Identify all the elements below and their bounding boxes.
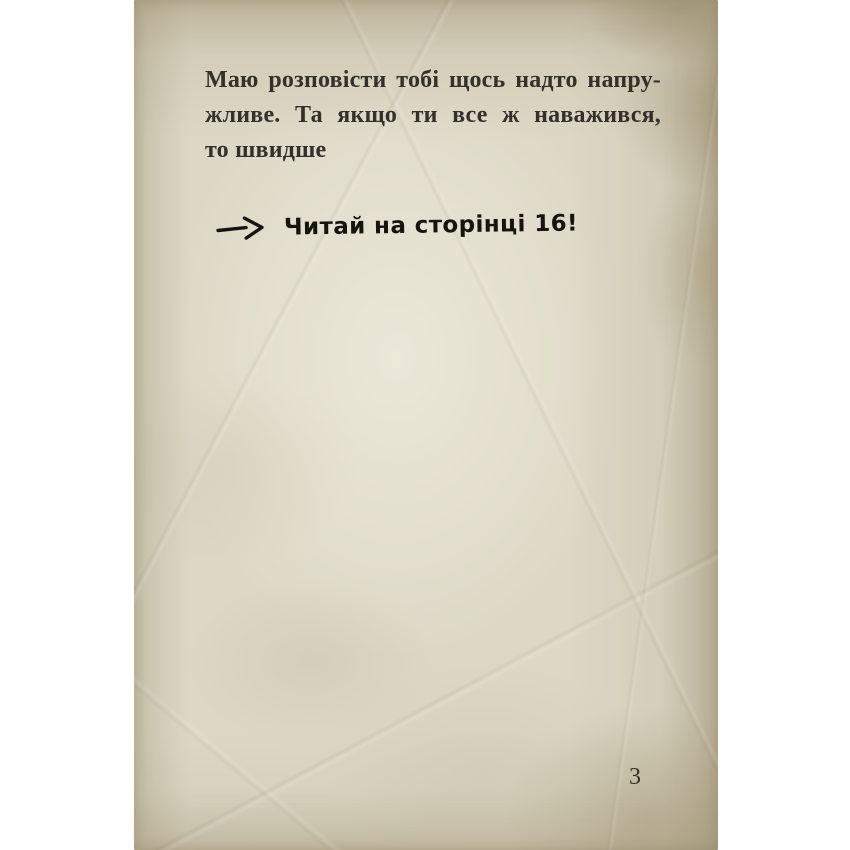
body-text-line: то швидше xyxy=(205,133,661,168)
book-page: Маю розповісти тобі щось надто напру- жл… xyxy=(134,0,718,850)
body-text: Маю розповісти тобі щось надто напру- жл… xyxy=(205,63,661,168)
book-photo: Маю розповісти тобі щось надто напру- жл… xyxy=(0,0,850,850)
page-number: 3 xyxy=(623,764,647,791)
note-text: Читай на сторінці 16! xyxy=(284,210,578,240)
handwritten-note: Читай на сторінці 16! xyxy=(216,201,579,250)
body-text-line: жливе. Та якщо ти все ж наважився, xyxy=(205,98,661,133)
arrow-right-icon xyxy=(216,214,266,243)
body-text-line: Маю розповісти тобі щось надто напру- xyxy=(205,63,661,98)
